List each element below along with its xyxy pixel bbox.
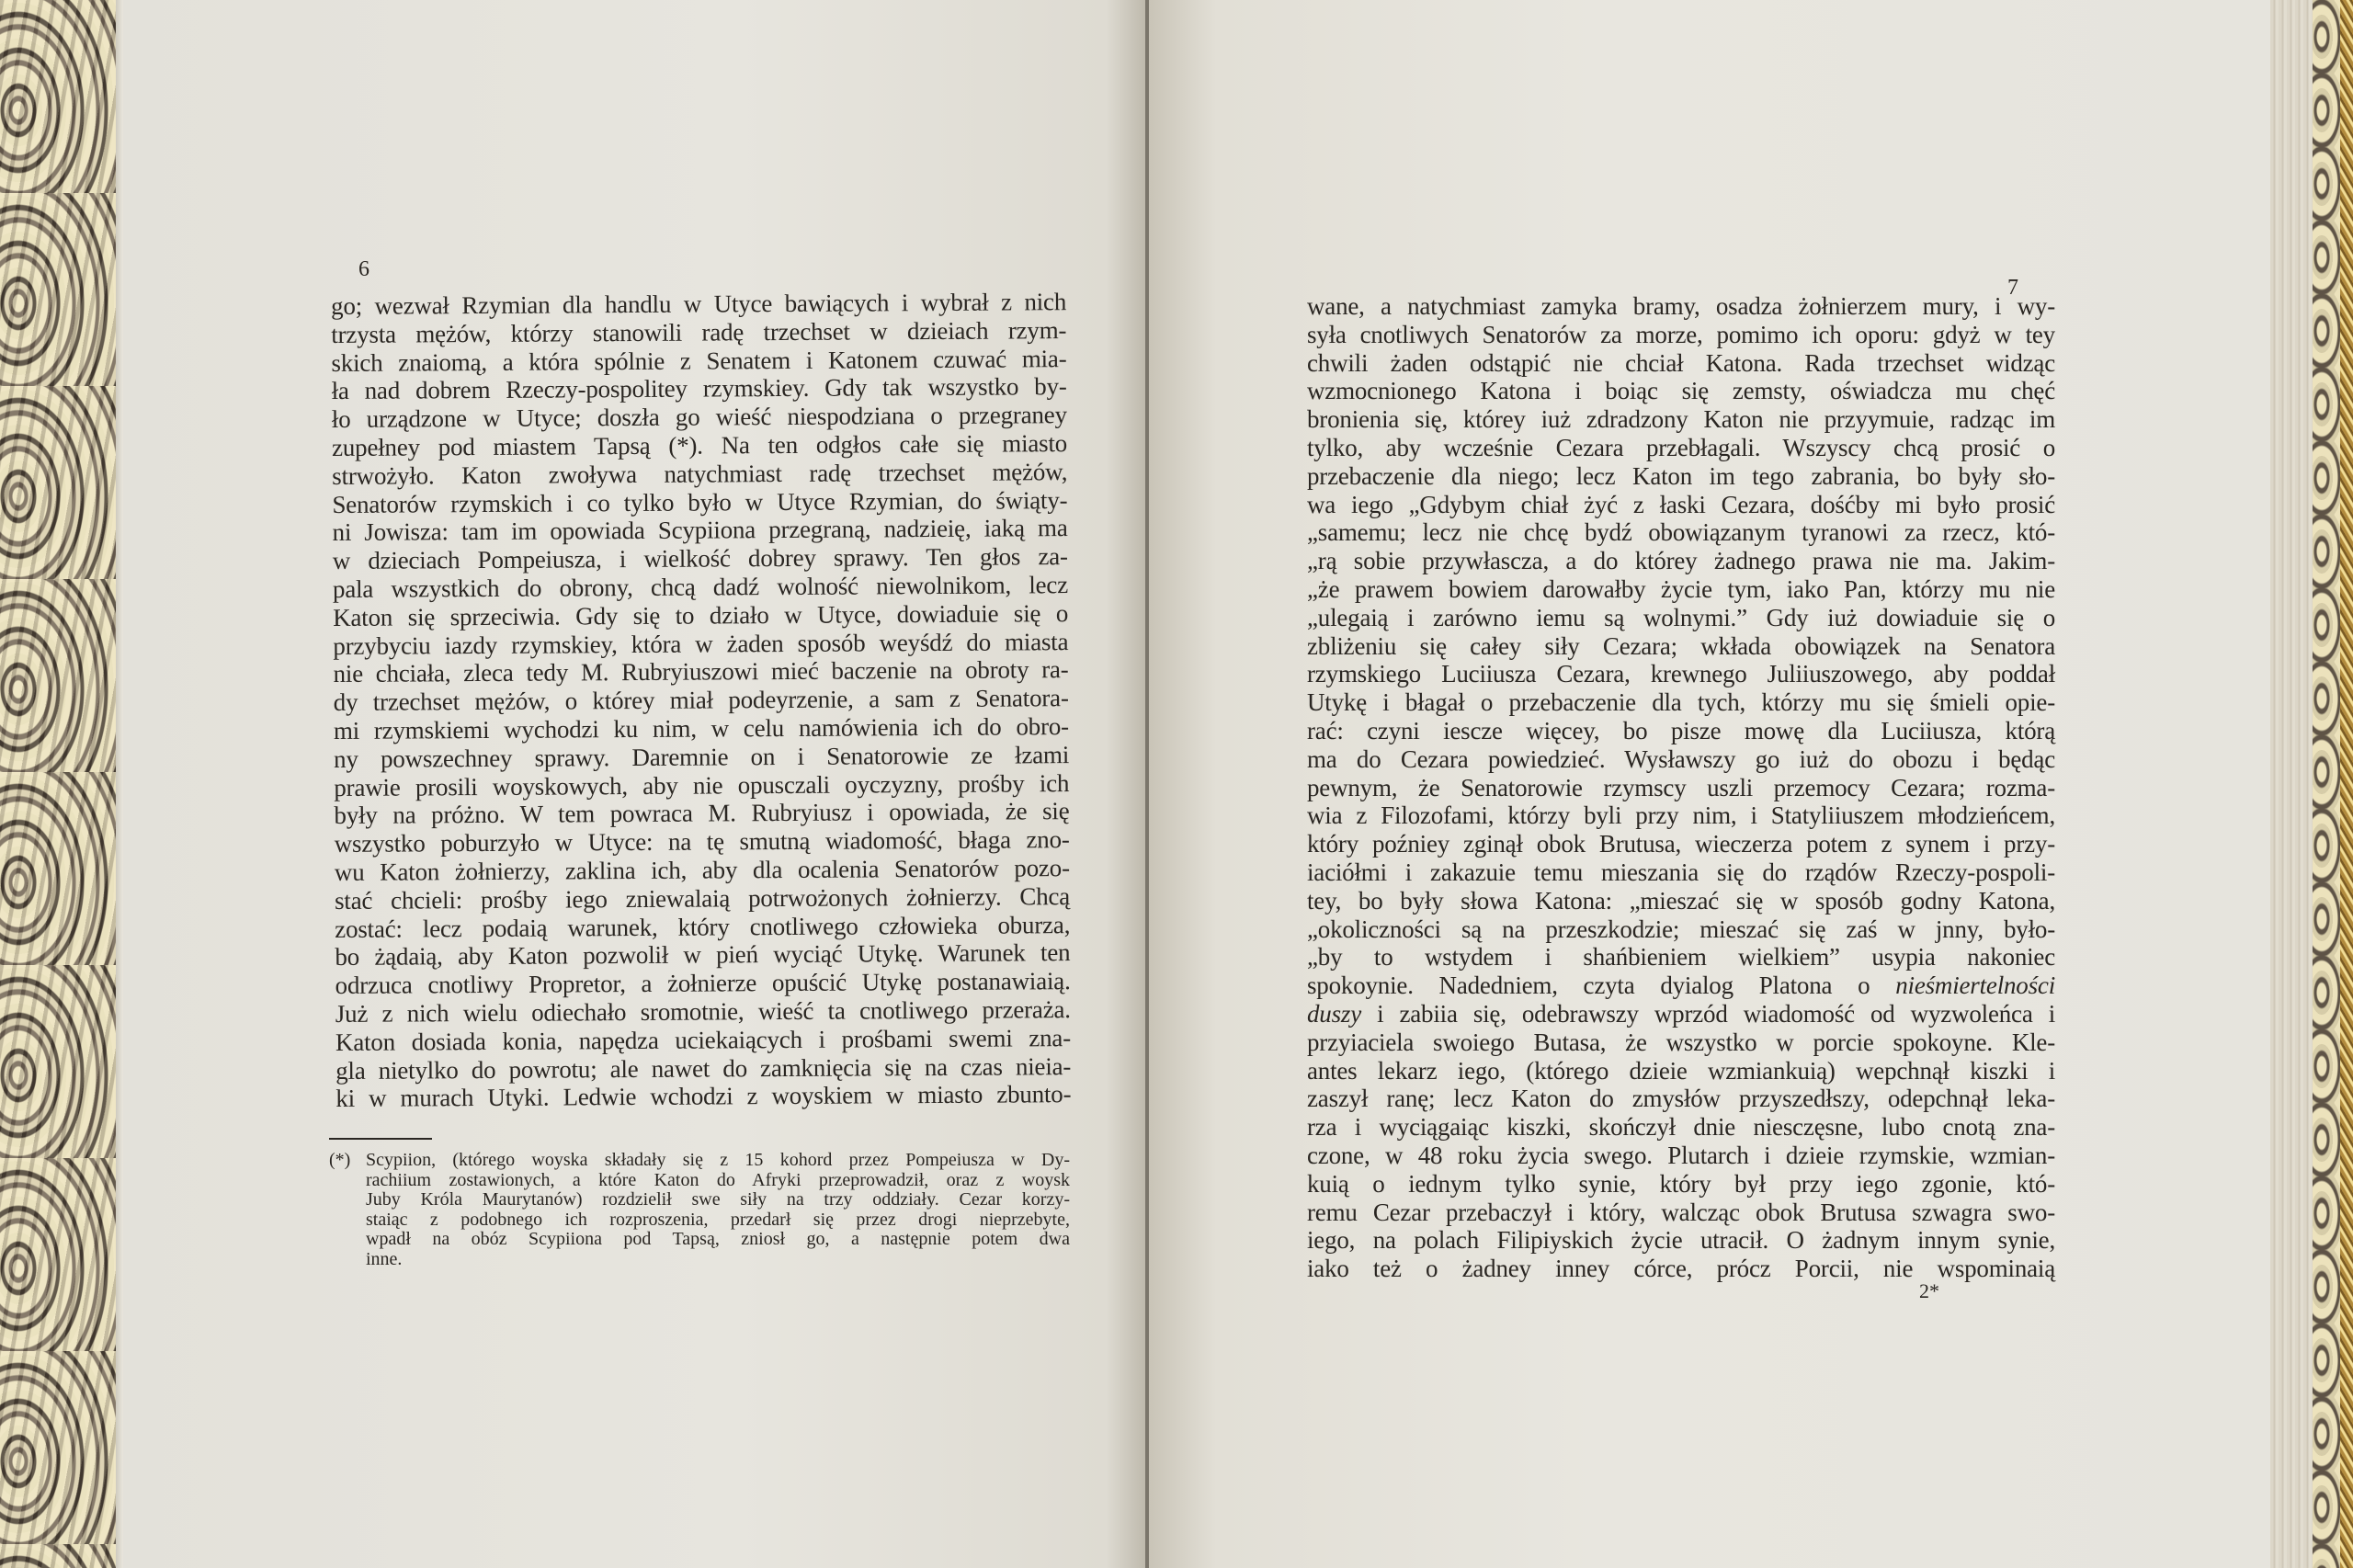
text-line: czone, w 48 roku życia swego. Plutarch i… bbox=[1307, 1142, 2055, 1170]
text-line: zupełney pod miastem Tapsą (*). Na ten o… bbox=[332, 429, 1067, 462]
text-line: antes lekarz iego, (którego dzieie wzmia… bbox=[1307, 1057, 2055, 1085]
text-line: ma do Cezara powiedzieć. Wysławszy go iu… bbox=[1307, 745, 2055, 774]
text-line-with-italic: duszy i zabiia się, odebrawszy wprzód wi… bbox=[1307, 1000, 2055, 1028]
right-page-body: wane, a natychmiast zamyka bramy, osadza… bbox=[1307, 292, 2055, 1283]
text-line: który poźniey zginął obok Brutusa, wiecz… bbox=[1307, 830, 2055, 858]
text-line: stać chcieli: prośby iego zniewalaią pot… bbox=[335, 882, 1070, 915]
footnote-line: Scypiion, (którego woyska składały się z… bbox=[366, 1151, 1070, 1171]
text-line: przebaczenie dla niego; lecz Katon im te… bbox=[1307, 462, 2055, 491]
text-line: były na próżno. W tem powraca M. Rubryiu… bbox=[334, 797, 1069, 830]
text-line: pewnym, że Senatorowie rzymscy uszli prz… bbox=[1307, 774, 2055, 802]
italic-title: duszy bbox=[1307, 1000, 1361, 1028]
left-page-body: go; wezwał Rzymian dla handlu w Utyce ba… bbox=[331, 288, 1071, 1113]
text-line: ni Jowisza: tam im opowiada Scypiiona pr… bbox=[333, 514, 1068, 547]
text-line: tey, bo były słowa Katona: „mieszać się … bbox=[1307, 887, 2055, 915]
text-line: bronienia się, którey iuż zdradzony Kato… bbox=[1307, 405, 2055, 434]
text-line: wane, a natychmiast zamyka bramy, osadza… bbox=[1307, 292, 2055, 321]
text-line: wszystko poburzyło w Utyce: na tę smutną… bbox=[335, 825, 1070, 858]
text-line: prawie prosili woyskowych, aby nie opusc… bbox=[334, 769, 1069, 802]
text-line: remu Cezar przebaczył i który, walcząc o… bbox=[1307, 1199, 2055, 1227]
text-line: strwożyło. Katon zwoływa natychmiast rad… bbox=[332, 458, 1067, 491]
text-line: mi rzymskiemi wychodzi ku nim, w celu na… bbox=[334, 712, 1069, 745]
text-line: rzymskiego Luciiusza Cezara, krewnego Ju… bbox=[1307, 660, 2055, 688]
footnote-rule bbox=[329, 1138, 432, 1140]
footnote-line: wpadł na obóz Scypiiona pod Tapsą, znios… bbox=[366, 1230, 1070, 1250]
text-line: „by to wstydem i shańbieniem wielkiem” u… bbox=[1307, 943, 2055, 971]
text-line: kuią o iednym tylko synie, który był prz… bbox=[1307, 1170, 2055, 1199]
text-line: Katon się sprzeciwia. Gdy się to działo … bbox=[333, 599, 1068, 632]
text-segment: i zabiia się, odebrawszy wprzód wiadomoś… bbox=[1377, 1000, 2055, 1028]
text-line: w dzieciach Pompeiusza, i wielkość dobre… bbox=[333, 542, 1068, 575]
text-line: zaszył ranę; lecz Katon do zmysłów przys… bbox=[1307, 1085, 2055, 1113]
text-line: chwili żaden odstąpić nie chciał Katona.… bbox=[1307, 349, 2055, 378]
text-line: ła nad dobrem Rzeczy-pospolitey rzymskie… bbox=[332, 373, 1067, 406]
text-line: rza i wyciągaiąc kiszki, skończył dnie n… bbox=[1307, 1113, 2055, 1142]
gilt-edge bbox=[2340, 0, 2353, 1568]
page-edge-left bbox=[116, 0, 123, 1568]
text-line: wia z Filozofami, którzy byli przy nim, … bbox=[1307, 801, 2055, 830]
text-line: Katon dosiada konia, napędza uciekaiącyc… bbox=[335, 1024, 1071, 1057]
text-line: gla nietylko do powrotu; ale nawet do za… bbox=[335, 1052, 1071, 1085]
footnote: (*) Scypiion, (którego woyska składały s… bbox=[329, 1151, 1070, 1269]
signature-mark: 2* bbox=[1919, 1279, 1939, 1303]
text-line: ło urządzone w Utyce; doszła go wieść ni… bbox=[332, 401, 1067, 434]
text-line: iaciółmi i zakazuie temu mieszania się d… bbox=[1307, 858, 2055, 887]
text-line: go; wezwał Rzymian dla handlu w Utyce ba… bbox=[331, 288, 1066, 321]
text-line: dy trzechset mężów, o którey miał podeyr… bbox=[334, 684, 1069, 717]
text-line: ny powszechney sprawy. Daremnie on i Sen… bbox=[334, 741, 1069, 774]
marbled-board-left bbox=[0, 0, 116, 1568]
text-line: „ulegaią i zarówno iemu są wolnymi.” Gdy… bbox=[1307, 604, 2055, 632]
text-line: Senatorów rzymskich i co tylko było w Ut… bbox=[332, 486, 1067, 519]
text-line: skich znaiomą, a która spólnie z Senatem… bbox=[331, 345, 1066, 378]
text-line: wzmocnionego Katona i boiąc się zemsty, … bbox=[1307, 377, 2055, 405]
text-line: „okoliczności są na przeszkodzie; miesza… bbox=[1307, 915, 2055, 944]
text-line: wu Katon żołnierzy, zaklina ich, aby dla… bbox=[335, 854, 1070, 887]
text-line: tylko, aby wcześnie Cezara przebłagali. … bbox=[1307, 434, 2055, 462]
italic-title: nieśmiertelności bbox=[1895, 971, 2055, 999]
text-line: Już z nich wielu odiechało sromotnie, wi… bbox=[335, 995, 1071, 1028]
text-line: trzysta mężów, którzy stanowili radę trz… bbox=[331, 316, 1066, 349]
footnote-line: Juby Króla Maurytanów) rozdzielił swe si… bbox=[366, 1190, 1070, 1210]
text-line: rać: czyni iescze więcey, bo pisze mowę … bbox=[1307, 717, 2055, 745]
text-segment: spokoynie. Nadedniem, czyta dyialog Plat… bbox=[1307, 971, 1870, 999]
text-line: przyiaciela swoiego Butasa, że wszystko … bbox=[1307, 1028, 2055, 1057]
text-line: Utykę i błagał o przebaczenie dla tych, … bbox=[1307, 688, 2055, 717]
text-line: „samemu; lecz nie chcę bydź obowiązanym … bbox=[1307, 518, 2055, 547]
footnote-line: rachiium zostawionych, a które Katon do … bbox=[366, 1171, 1070, 1191]
page-number-left: 6 bbox=[358, 257, 369, 282]
footnote-line: staiąc z podobnego ich rozproszenia, prz… bbox=[366, 1210, 1070, 1231]
text-line: „rą sobie przywłascza, a do którey żadne… bbox=[1307, 547, 2055, 575]
text-line: syła cnotliwych Senatorów za morze, pomi… bbox=[1307, 321, 2055, 349]
text-line-with-italic: spokoynie. Nadedniem, czyta dyialog Plat… bbox=[1307, 971, 2055, 1000]
text-line: ki w murach Utyki. Ledwie wchodzi z woys… bbox=[335, 1080, 1071, 1113]
text-line: wa iego „Gdybym chiał żyć z łaski Cezara… bbox=[1307, 491, 2055, 519]
page-stack-right bbox=[2270, 0, 2313, 1568]
text-line: iego, na polach Filipiyskich życie utrac… bbox=[1307, 1226, 2055, 1255]
text-line: bo żądaią, aby Katon pozwolił w pień wyc… bbox=[335, 938, 1070, 971]
footnote-marker: (*) bbox=[329, 1151, 350, 1171]
text-line: iako też o żadney inney córce, prócz Por… bbox=[1307, 1255, 2055, 1283]
footnote-line: inne. bbox=[366, 1250, 1070, 1270]
text-line: zostać: lecz podaią warunek, który cnotl… bbox=[335, 911, 1070, 944]
text-line: „że prawem bowiem darowałby życie tym, i… bbox=[1307, 575, 2055, 604]
text-line: pala wszystkich do obrony, chcą dadź wol… bbox=[333, 571, 1068, 604]
text-line: zbliżeniu się całey siły Cezara; wkłada … bbox=[1307, 632, 2055, 661]
footnote-body: Scypiion, (którego woyska składały się z… bbox=[366, 1151, 1070, 1269]
text-line: nie chciała, zleca tedy M. Rubryiuszowi … bbox=[333, 655, 1068, 688]
text-line: przybyciu iazdy rzymskiey, która w żaden… bbox=[333, 628, 1068, 661]
text-line: odrzuca cnotliwy Propretor, a żołnierze … bbox=[335, 967, 1071, 1000]
